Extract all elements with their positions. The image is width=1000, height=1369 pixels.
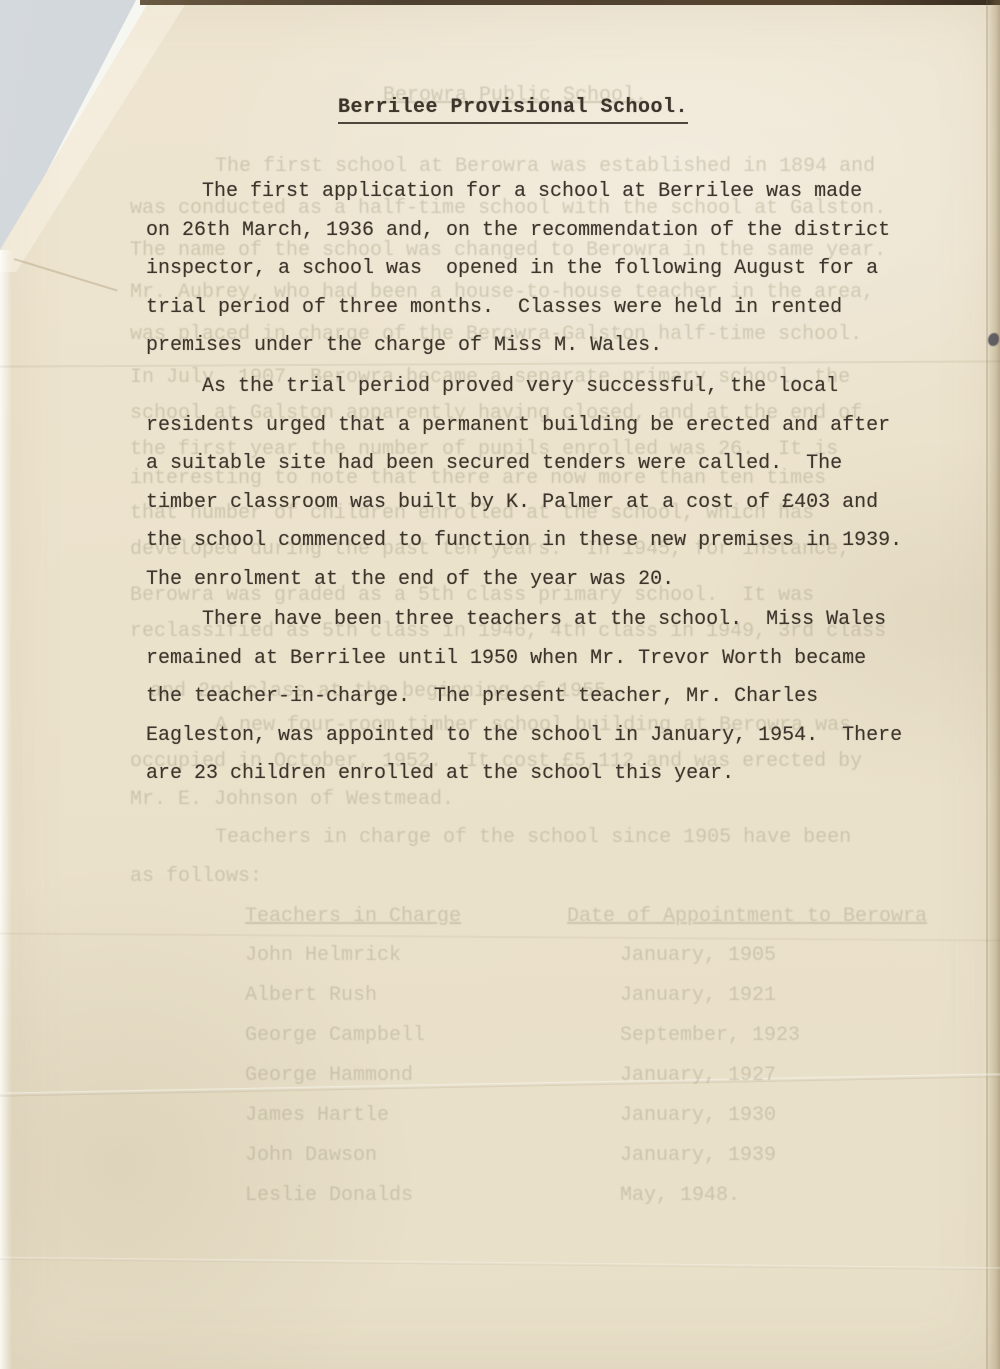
text-line: timber classroom was built by K. Palmer … [146, 484, 926, 523]
page-top-edge-shadow [140, 0, 1000, 5]
paragraph-3: There have been three teachers at the sc… [146, 601, 926, 794]
ghost-table-teacher-name: Leslie Donalds [245, 1184, 413, 1207]
page-title: Berrilee Provisional School. [338, 96, 688, 124]
page-left-edge-highlight [0, 250, 12, 1369]
ghost-table-teacher-name: James Hartle [245, 1104, 389, 1127]
text-line: The first application for a school at Be… [146, 173, 926, 212]
ghost-table-teacher-name: John Dawson [245, 1144, 377, 1167]
ghost-table-appointment-date: January, 1921 [620, 984, 776, 1007]
text-line: There have been three teachers at the sc… [146, 601, 926, 640]
ghost-table-col1-header: Teachers in Charge [245, 905, 461, 928]
ghost-line: as follows: [130, 865, 262, 888]
text-line: inspector, a school was opened in the fo… [146, 250, 926, 289]
text-line: The enrolment at the end of the year was… [146, 561, 926, 600]
text-line: the teacher-in-charge. The present teach… [146, 678, 926, 717]
text-line: premises under the charge of Miss M. Wal… [146, 327, 926, 366]
ghost-table-teacher-name: Albert Rush [245, 984, 377, 1007]
ghost-table-appointment-date: January, 1930 [620, 1104, 776, 1127]
text-line: a suitable site had been secured tenders… [146, 445, 926, 484]
text-line: As the trial period proved very successf… [146, 368, 926, 407]
text-line: remained at Berrilee until 1950 when Mr.… [146, 640, 926, 679]
text-line: Eagleston, was appointed to the school i… [146, 717, 926, 756]
text-line: the school commenced to function in thes… [146, 522, 926, 561]
ghost-table-appointment-date: May, 1948. [620, 1184, 740, 1207]
text-line: are 23 children enrolled at the school t… [146, 755, 926, 794]
scanned-document-page: Berowra Public School. The first school … [0, 0, 1000, 1369]
text-line: on 26th March, 1936 and, on the recommen… [146, 212, 926, 251]
ghost-table-appointment-date: January, 1927 [620, 1064, 776, 1087]
ghost-table-col2-header: Date of Appointment to Berowra [567, 905, 927, 928]
text-line: trial period of three months. Classes we… [146, 289, 926, 328]
text-line: residents urged that a permanent buildin… [146, 407, 926, 446]
ghost-table-appointment-date: January, 1905 [620, 944, 776, 967]
ghost-line: Teachers in charge of the school since 1… [215, 826, 851, 849]
paragraph-1: The first application for a school at Be… [146, 173, 926, 366]
page-right-edge-line [986, 0, 988, 1369]
ghost-table-appointment-date: January, 1939 [620, 1144, 776, 1167]
ghost-table-teacher-name: George Hammond [245, 1064, 413, 1087]
ghost-table-teacher-name: George Campbell [245, 1024, 425, 1047]
page-right-edge-shadow [986, 0, 1000, 1369]
ghost-table-teacher-name: John Helmrick [245, 944, 401, 967]
ghost-table-appointment-date: September, 1923 [620, 1024, 800, 1047]
paragraph-2: As the trial period proved very successf… [146, 368, 926, 600]
